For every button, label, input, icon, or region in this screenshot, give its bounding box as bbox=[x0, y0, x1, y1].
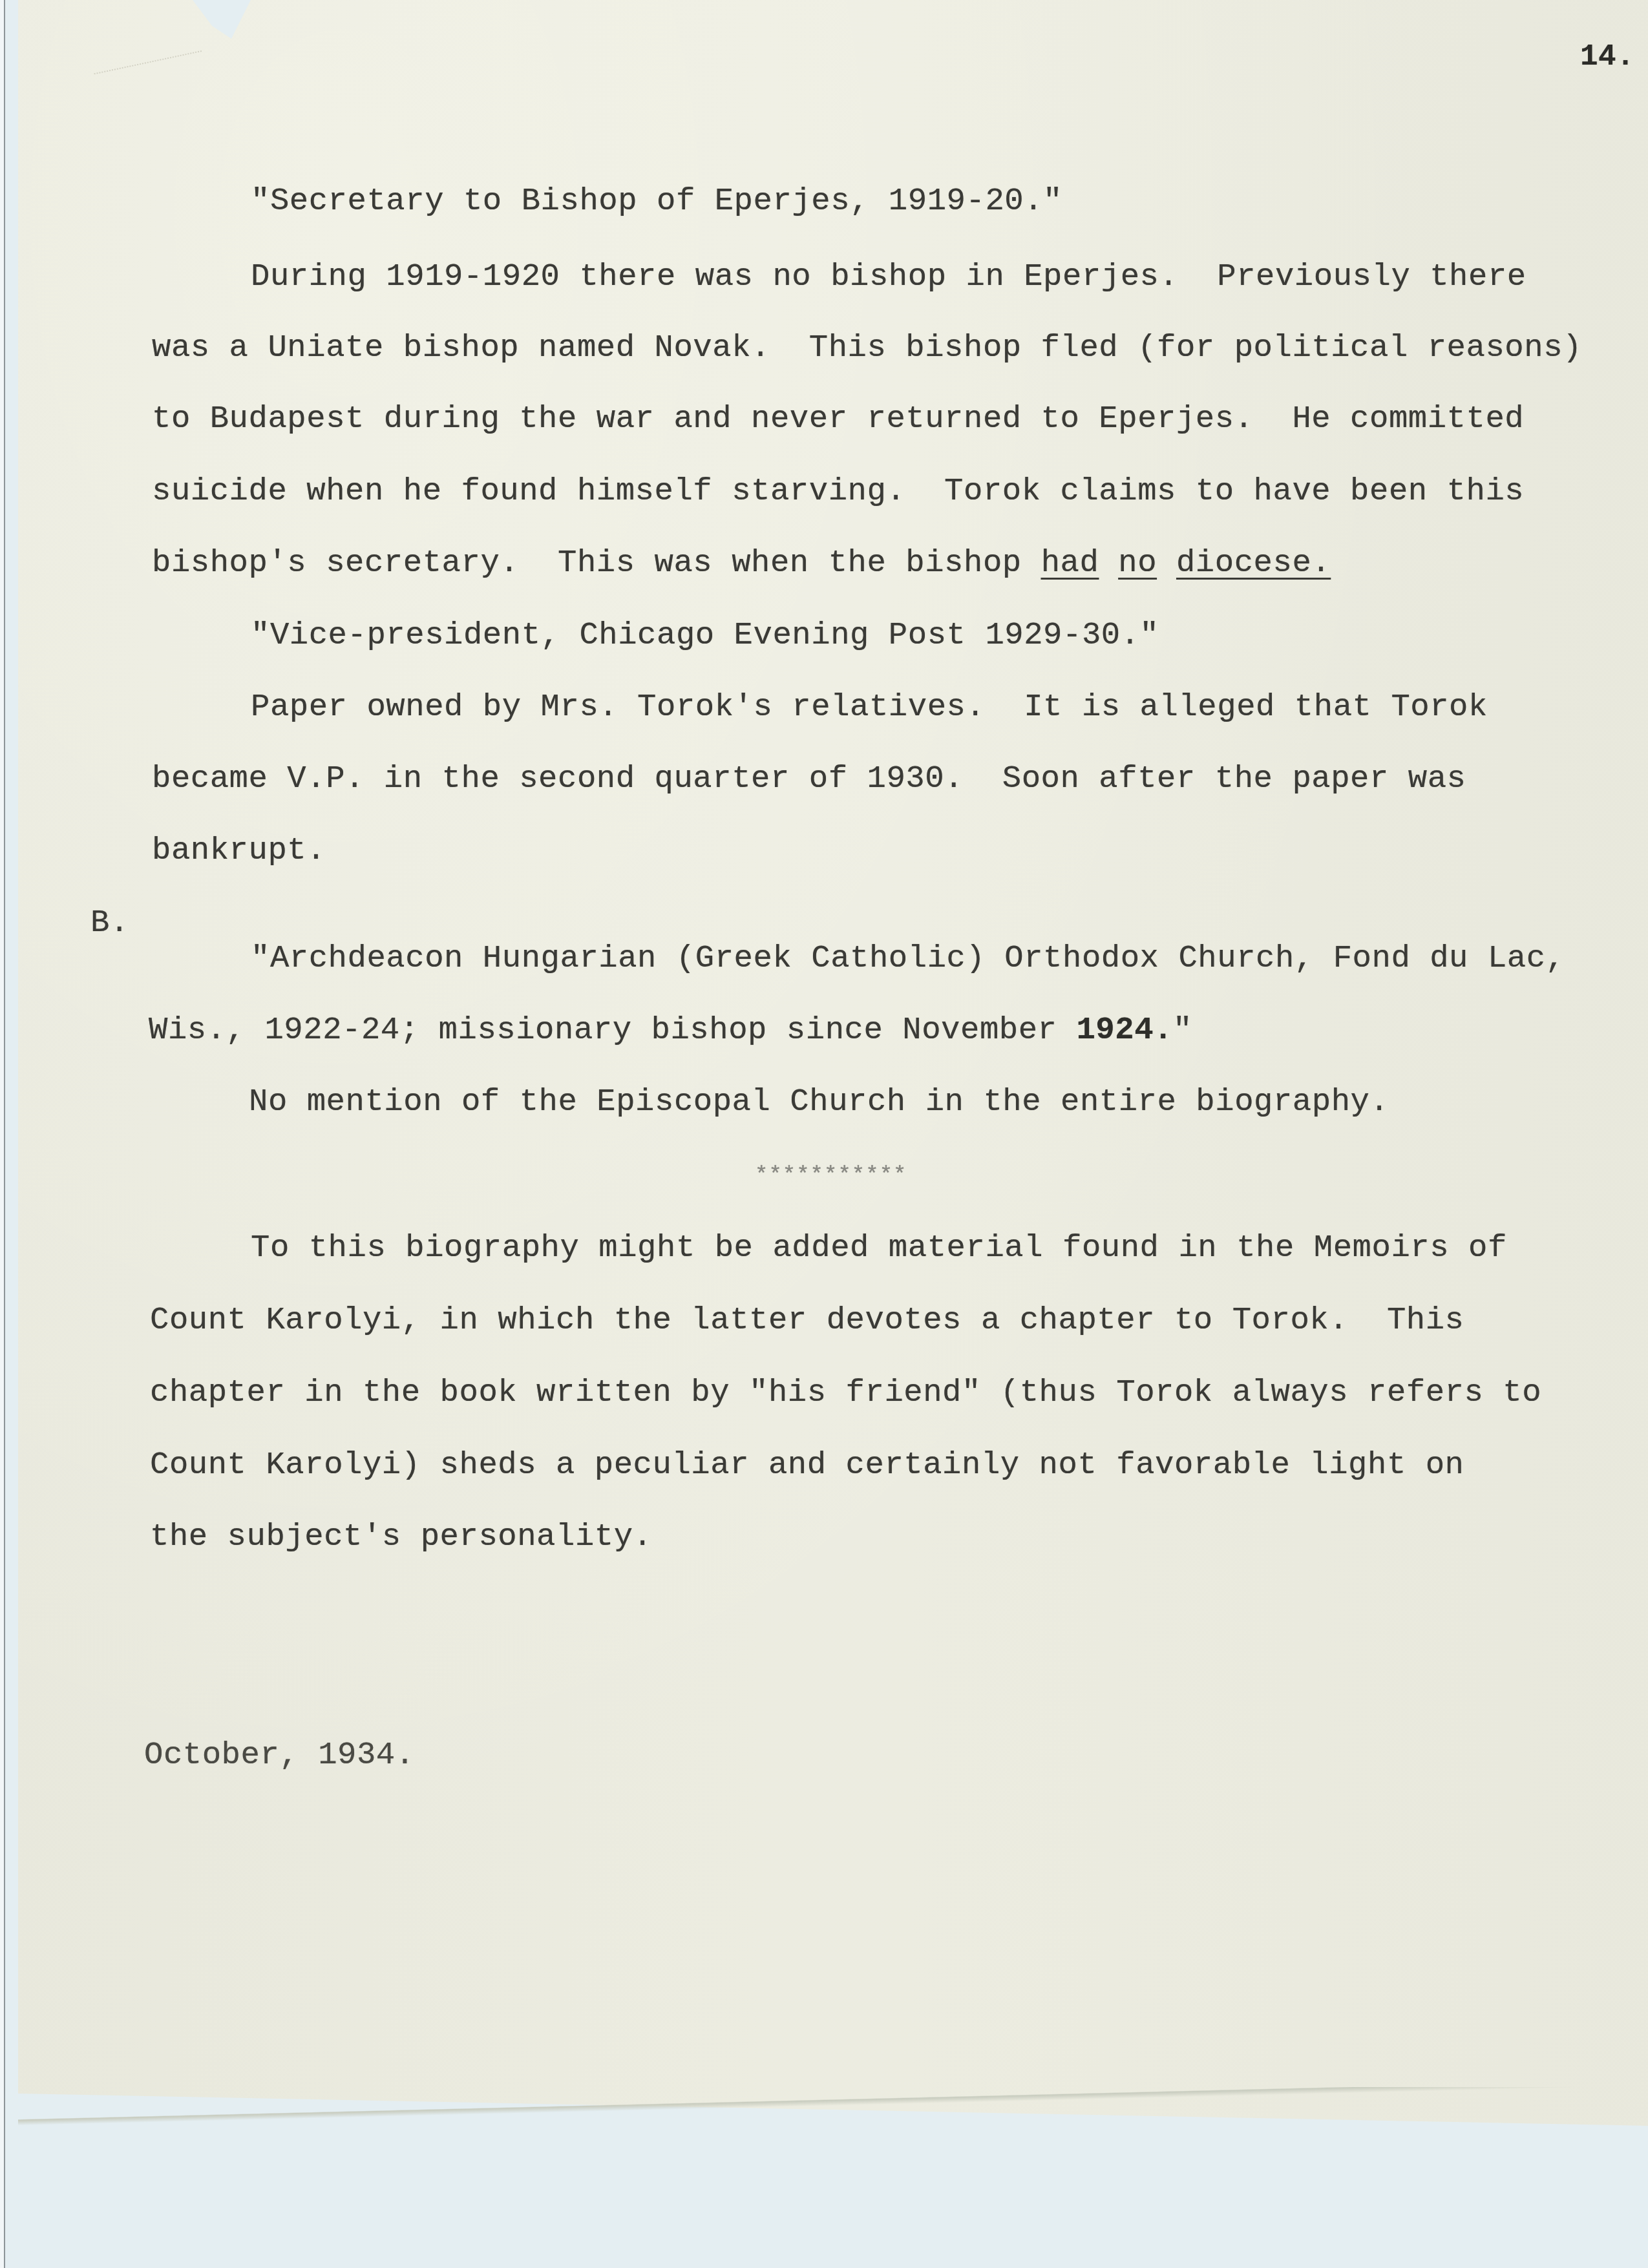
episcopal-note: No mention of the Episcopal Church in th… bbox=[249, 1084, 1389, 1120]
closing-line5: the subject's personality. bbox=[150, 1518, 653, 1555]
page-number: 14. bbox=[1580, 40, 1634, 74]
underlined-had: had bbox=[1041, 545, 1099, 581]
asterisk-separator: *********** bbox=[755, 1163, 907, 1188]
closing-quote: " bbox=[1173, 1012, 1192, 1048]
document-date: October, 1934. bbox=[144, 1737, 415, 1773]
closing-line3: chapter in the book written by "his frie… bbox=[150, 1374, 1541, 1411]
closing-line1: To this biography might be added materia… bbox=[251, 1230, 1507, 1266]
underlined-diocese: diocese. bbox=[1176, 545, 1331, 581]
para1-line5-text: bishop's secretary. This was when the bi… bbox=[152, 545, 1041, 581]
para1-line5: bishop's secretary. This was when the bi… bbox=[152, 545, 1331, 581]
quote-archdeacon-text: Wis., 1922-24; missionary bishop since N… bbox=[149, 1012, 1076, 1048]
quote-secretary: "Secretary to Bishop of Eperjes, 1919-20… bbox=[251, 183, 1062, 219]
para1-line4: suicide when he found himself starving. … bbox=[152, 473, 1524, 509]
para2-line1: Paper owned by Mrs. Torok's relatives. I… bbox=[251, 689, 1488, 725]
para1-line2: was a Uniate bishop named Novak. This bi… bbox=[152, 330, 1582, 366]
closing-line4: Count Karolyi) sheds a peculiar and cert… bbox=[150, 1447, 1464, 1483]
para2-line3: bankrupt. bbox=[152, 832, 326, 868]
para2-line2: became V.P. in the second quarter of 193… bbox=[152, 761, 1466, 797]
para1-line3: to Budapest during the war and never ret… bbox=[152, 401, 1524, 437]
paper-page bbox=[18, 0, 1648, 2132]
closing-line2: Count Karolyi, in which the latter devot… bbox=[150, 1302, 1464, 1338]
bold-year: 1924. bbox=[1076, 1012, 1173, 1048]
quote-vice-president: "Vice-president, Chicago Evening Post 19… bbox=[251, 617, 1159, 653]
para1-line1: During 1919-1920 there was no bishop in … bbox=[251, 258, 1527, 295]
section-b-label: B. bbox=[90, 905, 129, 941]
underlined-no: no bbox=[1118, 545, 1157, 581]
quote-archdeacon-line2: Wis., 1922-24; missionary bishop since N… bbox=[149, 1012, 1192, 1048]
scanner-edge bbox=[0, 0, 5, 2268]
quote-archdeacon-line1: "Archdeacon Hungarian (Greek Catholic) O… bbox=[251, 940, 1565, 976]
